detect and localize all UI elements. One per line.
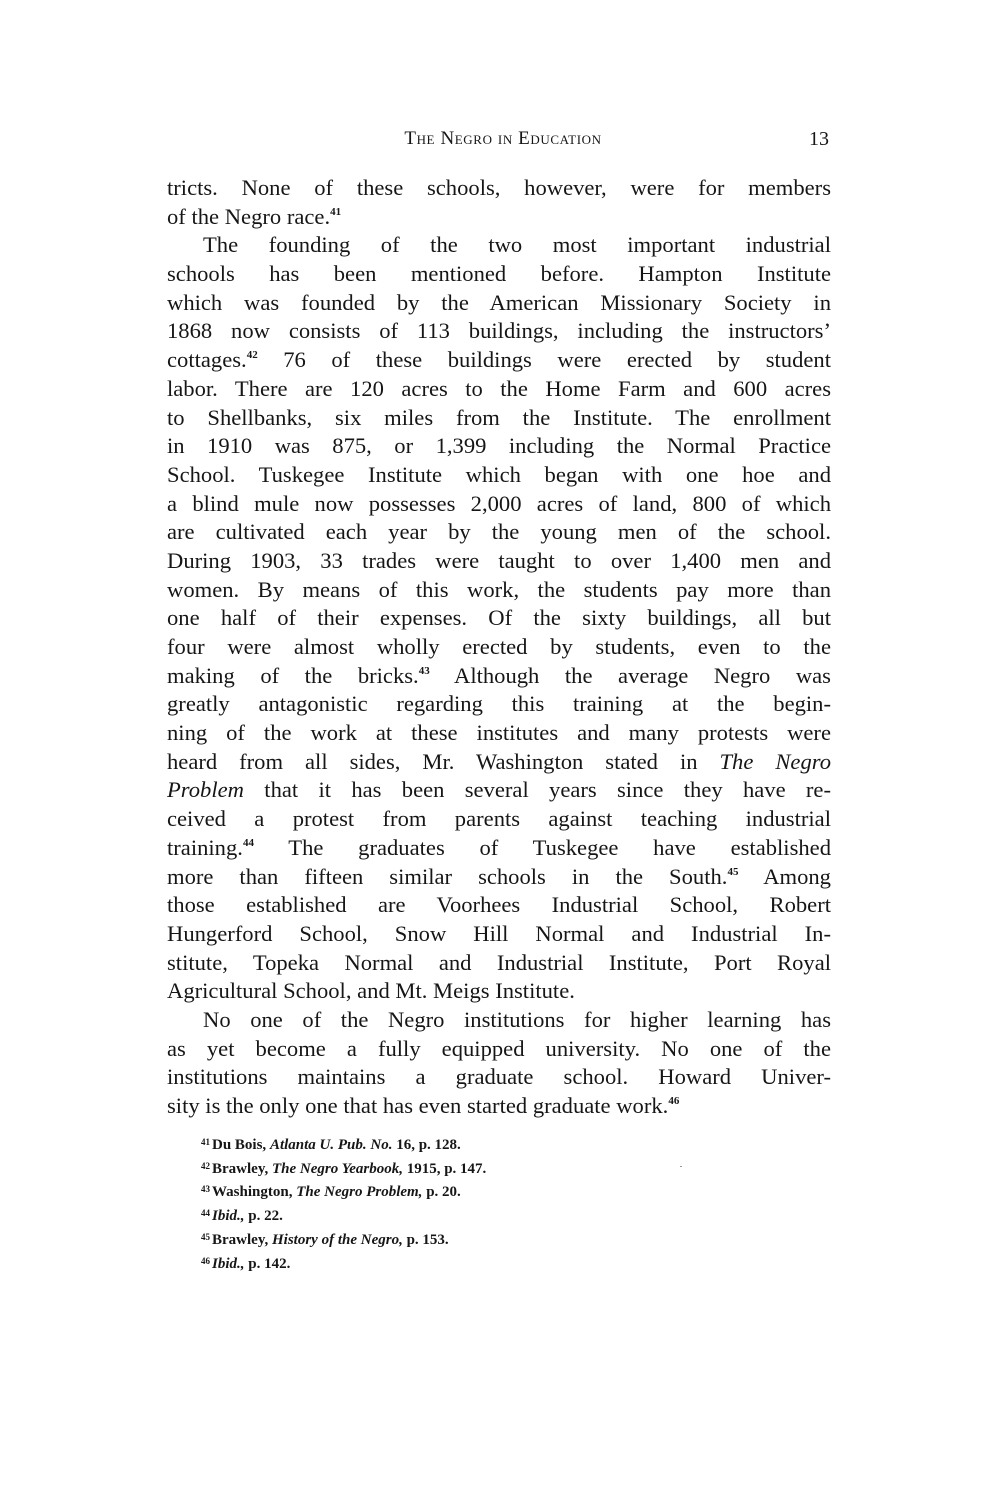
italic-title: Atlanta U. Pub. No. [270,1137,393,1153]
text-line-content: sity is the only one that has even start… [167,1092,831,1121]
text-run: that it has been several years since the… [244,777,831,802]
text-run: Agricultural School, and Mt. Meigs Insti… [167,978,575,1003]
text-run: as yet become a fully equipped universit… [167,1036,831,1061]
text-line: are cultivated each year by the young me… [167,518,831,547]
text-run: 1915, p. 147. [403,1161,486,1177]
text-line-content: ning of the work at these institutes and… [167,719,831,748]
text-line-content: which was founded by the American Missio… [167,289,831,318]
text-line-content: those established are Voorhees Industria… [167,891,831,920]
text-line-content: making of the bricks.43 Although the ave… [167,662,831,691]
text-line-content: During 1903, 33 trades were taught to ov… [167,547,831,576]
text-line: heard from all sides, Mr. Washington sta… [167,748,831,777]
text-line-content: Problem that it has been several years s… [167,776,831,805]
text-line: to Shellbanks, six miles from the Instit… [167,404,831,433]
text-line: Agricultural School, and Mt. Meigs Insti… [167,977,831,1006]
text-line-content: are cultivated each year by the young me… [167,518,831,547]
text-line: cottages.42 76 of these buildings were e… [167,346,831,375]
text-run: of the Negro race. [167,204,330,229]
text-run: Although the average Negro was [430,663,831,688]
text-line: four were almost wholly erected by stude… [167,633,831,662]
text-line: of the Negro race.41 [167,203,831,232]
text-run: which was founded by the American Missio… [167,290,831,315]
text-line: one half of their expenses. Of the sixty… [167,604,831,633]
footnote-ref-44: 44 [243,837,254,849]
text-line: No one of the Negro institutions for hig… [167,1006,831,1035]
footnote-ref-46: 46 [668,1095,679,1107]
text-run: stitute, Topeka Normal and Industrial In… [167,950,831,975]
footnote-44: 44Ibid., p. 22. [201,1205,701,1229]
text-line-content: 1868 now consists of 113 buildings, incl… [167,317,831,346]
text-run: p. 142. [245,1256,291,1272]
footnote-ref-41: 41 [330,206,341,218]
footnote-ref-45: 45 [727,866,738,878]
text-line-content: cottages.42 76 of these buildings were e… [167,346,831,375]
text-run: Among [738,864,831,889]
text-line: as yet become a fully equipped universit… [167,1035,831,1064]
text-line-content: No one of the Negro institutions for hig… [203,1006,831,1035]
text-run: to Shellbanks, six miles from the Instit… [167,405,831,430]
paragraph: No one of the Negro institutions for hig… [167,1006,831,1121]
italic-title: Problem [167,777,244,802]
footnote-ref-42: 42 [247,349,258,361]
text-line-content: ceived a protest from parents against te… [167,805,831,834]
text-line-content: to Shellbanks, six miles from the Instit… [167,404,831,433]
text-run: one half of their expenses. Of the sixty… [167,605,831,630]
footnote-ref-43: 43 [419,665,430,677]
text-run: institutions maintains a graduate school… [167,1064,831,1089]
text-run: labor. There are 120 acres to the Home F… [167,376,831,401]
footnotes: 41Du Bois, Atlanta U. Pub. No. 16, p. 12… [201,1134,701,1276]
text-line-content: schools has been mentioned before. Hampt… [167,260,831,289]
text-line-content: institutions maintains a graduate school… [167,1063,831,1092]
text-line: labor. There are 120 acres to the Home F… [167,375,831,404]
footnote-number: 44 [201,1208,210,1218]
text-run: greatly antagonistic regarding this trai… [167,691,831,716]
text-line: sity is the only one that has even start… [167,1092,831,1121]
text-run: The founding of the two most important i… [203,232,831,257]
page-number: 13 [809,128,829,151]
running-title: The Negro in Education [167,128,831,150]
footnote-number: 41 [201,1137,210,1147]
italic-title: The Negro [719,749,831,774]
text-line-content: training.44 The graduates of Tuskegee ha… [167,834,831,863]
text-run: schools has been mentioned before. Hampt… [167,261,831,286]
footnote-42: 42Brawley, The Negro Yearbook, 1915, p. … [201,1158,701,1182]
text-line: making of the bricks.43 Although the ave… [167,662,831,691]
footnote-45: 45Brawley, History of the Negro, p. 153. [201,1229,701,1253]
text-line: a blind mule now possesses 2,000 acres o… [167,490,831,519]
text-line-content: Agricultural School, and Mt. Meigs Insti… [167,977,831,1006]
text-run: tricts. None of these schools, however, … [167,175,831,200]
text-line: ning of the work at these institutes and… [167,719,831,748]
text-line: stitute, Topeka Normal and Industrial In… [167,949,831,978]
text-line: The founding of the two most important i… [167,231,831,260]
text-line: those established are Voorhees Industria… [167,891,831,920]
text-line-content: Hungerford School, Snow Hill Normal and … [167,920,831,949]
text-run: p. 22. [245,1208,283,1224]
text-run: those established are Voorhees Industria… [167,892,831,917]
text-run: No one of the Negro institutions for hig… [203,1007,831,1032]
text-line-content: The founding of the two most important i… [203,231,831,260]
footnote-43: 43Washington, The Negro Problem, p. 20. [201,1181,701,1205]
text-run: ceived a protest from parents against te… [167,806,831,831]
text-line-content: of the Negro race.41 [167,203,831,232]
text-line: Hungerford School, Snow Hill Normal and … [167,920,831,949]
text-run: Washington, [212,1184,296,1200]
text-run: Brawley, [212,1161,272,1177]
text-run: ning of the work at these institutes and… [167,720,831,745]
text-line: schools has been mentioned before. Hampt… [167,260,831,289]
text-line: 1868 now consists of 113 buildings, incl… [167,317,831,346]
paragraph: The founding of the two most important i… [167,231,831,1006]
italic-title: Ibid., [212,1208,245,1224]
text-line-content: one half of their expenses. Of the sixty… [167,604,831,633]
text-run: 1868 now consists of 113 buildings, incl… [167,318,831,343]
text-line: Problem that it has been several years s… [167,776,831,805]
italic-title: The Negro Problem, [296,1184,422,1200]
text-line: more than fifteen similar schools in the… [167,863,831,892]
text-run: 16, p. 128. [392,1137,460,1153]
text-run: p. 153. [403,1232,449,1248]
italic-title: The Negro Yearbook, [272,1161,403,1177]
footnote-41: 41Du Bois, Atlanta U. Pub. No. 16, p. 12… [201,1134,701,1158]
text-run: Hungerford School, Snow Hill Normal and … [167,921,831,946]
text-line: ceived a protest from parents against te… [167,805,831,834]
text-line: women. By means of this work, the studen… [167,576,831,605]
footnote-number: 43 [201,1184,210,1194]
text-line-content: stitute, Topeka Normal and Industrial In… [167,949,831,978]
text-run: training. [167,835,243,860]
text-line: institutions maintains a graduate school… [167,1063,831,1092]
text-run: p. 20. [422,1184,460,1200]
text-run: more than fifteen similar schools in the… [167,864,727,889]
text-run: Du Bois, [212,1137,270,1153]
text-line-content: more than fifteen similar schools in the… [167,863,831,892]
text-line: greatly antagonistic regarding this trai… [167,690,831,719]
text-run: School. Tuskegee Institute which began w… [167,462,831,487]
text-line: School. Tuskegee Institute which began w… [167,461,831,490]
text-run: heard from all sides, Mr. Washington sta… [167,749,719,774]
text-run: The graduates of Tuskegee have establish… [254,835,831,860]
text-run: Brawley, [212,1232,272,1248]
paragraph: tricts. None of these schools, however, … [167,174,831,231]
text-run: women. By means of this work, the studen… [167,577,831,602]
scan-speck [680,1166,682,1167]
footnote-46: 46Ibid., p. 142. [201,1253,701,1277]
text-line-content: greatly antagonistic regarding this trai… [167,690,831,719]
text-line-content: a blind mule now possesses 2,000 acres o… [167,490,831,519]
text-line-content: in 1910 was 875, or 1,399 including the … [167,432,831,461]
text-run: a blind mule now possesses 2,000 acres o… [167,491,831,516]
text-run: are cultivated each year by the young me… [167,519,831,544]
text-line: which was founded by the American Missio… [167,289,831,318]
text-line-content: four were almost wholly erected by stude… [167,633,831,662]
text-line-content: women. By means of this work, the studen… [167,576,831,605]
text-line: training.44 The graduates of Tuskegee ha… [167,834,831,863]
text-line-content: labor. There are 120 acres to the Home F… [167,375,831,404]
text-line-content: School. Tuskegee Institute which began w… [167,461,831,490]
text-line: During 1903, 33 trades were taught to ov… [167,547,831,576]
text-run: 76 of these buildings were erected by st… [258,347,831,372]
text-run: During 1903, 33 trades were taught to ov… [167,548,831,573]
italic-title: History of the Negro, [272,1232,403,1248]
text-run: four were almost wholly erected by stude… [167,634,831,659]
text-line-content: as yet become a fully equipped universit… [167,1035,831,1064]
footnote-number: 42 [201,1161,210,1171]
running-head: The Negro in Education 13 [167,128,831,158]
text-line: tricts. None of these schools, however, … [167,174,831,203]
text-line-content: tricts. None of these schools, however, … [167,174,831,203]
text-line-content: heard from all sides, Mr. Washington sta… [167,748,831,777]
text-run: sity is the only one that has even start… [167,1093,668,1118]
text-run: making of the bricks. [167,663,419,688]
text-run: in 1910 was 875, or 1,399 including the … [167,433,831,458]
body-text: tricts. None of these schools, however, … [167,174,831,1121]
italic-title: Ibid., [212,1256,245,1272]
text-run: cottages. [167,347,247,372]
text-line: in 1910 was 875, or 1,399 including the … [167,432,831,461]
footnote-number: 45 [201,1232,210,1242]
footnote-number: 46 [201,1256,210,1266]
